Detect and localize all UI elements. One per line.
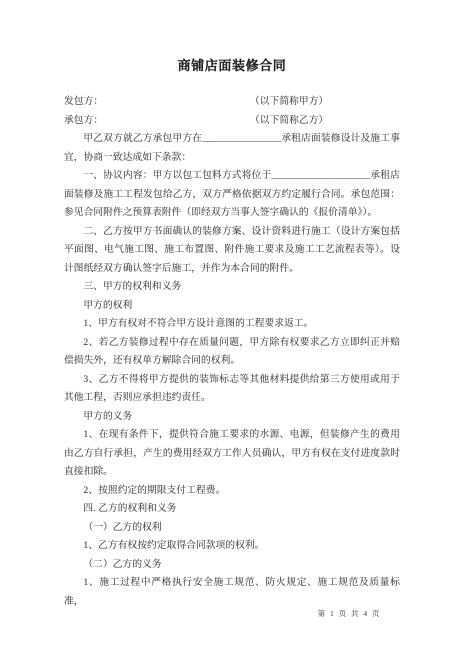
- paragraph-clause-2: 二、乙方按甲方书面确认的装修方案、设计资料进行施工（设计方案包括平面图、电气施工…: [64, 223, 400, 279]
- subheading-party-a-duties: 甲方的义务: [64, 408, 400, 427]
- page-number: 第 1 页 共 4 页: [318, 608, 381, 619]
- paragraph-a-right-1: 1、甲方有权对不符合甲方设计意图的工程要求返工。: [64, 315, 400, 334]
- paragraph-a-duty-2: 2、按照约定的期限支付工程费。: [64, 482, 400, 501]
- contract-page: 商铺店面装修合同 发包方： （以下简称甲方） 承包方： （以下简称乙方） 甲乙双…: [0, 0, 463, 655]
- party-note: （以下简称乙方）: [250, 112, 400, 131]
- paragraph-intro: 甲乙双方就乙方承包甲方在________________承租店面装修设计及施工事…: [64, 130, 400, 167]
- subheading-party-b-duties: （二）乙方的义务: [64, 556, 400, 575]
- paragraph-a-right-3: 3、乙方不得将甲方提供的装饰标志等其他材料提供给第三方使用或用于其他工程，否则应…: [64, 371, 400, 408]
- subheading-party-a-rights: 甲方的权利: [64, 297, 400, 316]
- paragraph-clause-1: 一、协议内容：甲方以包工包料方式将位于____________________承…: [64, 167, 400, 223]
- document-body: 发包方： （以下简称甲方） 承包方： （以下简称乙方） 甲乙双方就乙方承包甲方在…: [64, 93, 400, 611]
- paragraph-b-duty-1: 1、施工过程中严格执行安全施工规范、防火规定、施工规范及质量标准，: [64, 574, 400, 611]
- heading-clause-4: 四. 乙方的权利和义务: [64, 500, 400, 519]
- heading-clause-3: 三、甲方的权利和义务: [64, 278, 400, 297]
- paragraph-b-right-1: 1、乙方有权按约定取得合同款项的权利。: [64, 537, 400, 556]
- page-title: 商铺店面装修合同: [64, 58, 400, 73]
- party-row-employer: 发包方： （以下简称甲方）: [64, 93, 400, 112]
- party-row-contractor: 承包方： （以下简称乙方）: [64, 112, 400, 131]
- paragraph-a-duty-1: 1、在现有条件下，提供符合施工要求的水源、电源，但装修产生的费用由乙方自行承担，…: [64, 426, 400, 482]
- party-note: （以下简称甲方）: [250, 93, 400, 112]
- paragraph-a-right-2: 2、若乙方装修过程中存在质量问题，甲方除有权要求乙方立即纠正并赔偿损失外，还有权…: [64, 334, 400, 371]
- page-content: 商铺店面装修合同 发包方： （以下简称甲方） 承包方： （以下简称乙方） 甲乙双…: [0, 0, 463, 611]
- subheading-party-b-rights: （一）乙方的权利: [64, 519, 400, 538]
- party-label: 发包方：: [64, 93, 250, 112]
- party-label: 承包方：: [64, 112, 250, 131]
